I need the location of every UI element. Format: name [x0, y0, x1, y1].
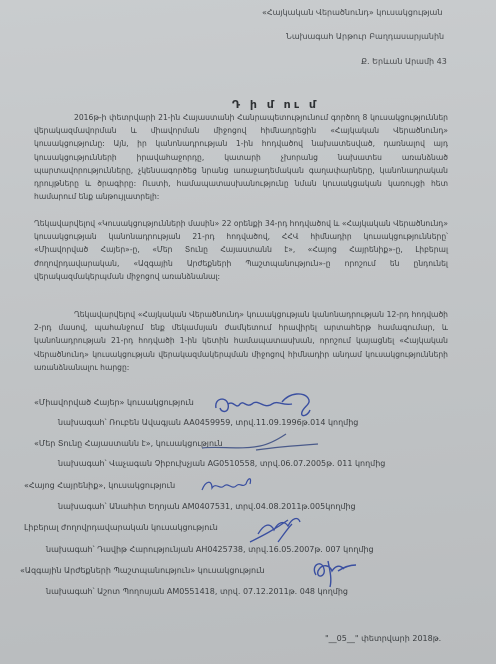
body-paragraph-3: Ղեկավարվելով «Հայկական Վերածնունդ» կուսա… [34, 308, 448, 374]
signatory-party-2: «Մեր Տունը Հայաստանն է», կուսակցություն [34, 439, 223, 448]
signatory-chair-3: նախագահ՝ Անահիտ Եղոյան AM0407531, տրվ.04… [58, 502, 356, 511]
signatory-chair-4: նախագահ՝ Դավիթ Հարությունյան AH0425738, … [46, 545, 374, 554]
addressee-line-1: «Հայկական Վերածնունդ» կուսակցության [262, 8, 442, 17]
signatory-party-1: «Միավորված Հայեր» կուսակցություն [34, 398, 194, 407]
signatory-party-3: «Հայոց Հայրենիք», կուսակցություն [24, 481, 175, 490]
body-paragraph-2: Ղեկավարվելով «Կուսակցությունների մասին» … [34, 217, 448, 283]
signature-5 [308, 555, 358, 589]
signatory-chair-1: նախագահ՝ Ռուբեն Ավագյան AA0459959, տրվ.1… [58, 418, 358, 427]
addressee-line-2: Նախագահ Արթուր Բաղդասարյանին [286, 32, 444, 41]
signatory-party-4: Լիբերալ ժողովրդավարական կուսակցություն [24, 523, 218, 532]
signature-1 [212, 390, 322, 420]
signature-3 [198, 474, 258, 496]
signature-4 [248, 512, 308, 546]
signatory-chair-5: նախագահ՝ Աշոտ Պողոսյան AM0551418, տրվ. 0… [46, 587, 348, 596]
paragraph-3-text: Ղեկավարվելով «Հայկական Վերածնունդ» կուսա… [34, 308, 448, 374]
signature-2 [200, 432, 320, 456]
addressee-line-3: Ք. Երևան Արամի 43 [361, 57, 447, 66]
document-date: "__05__" փետրվարի 2018թ. [325, 634, 441, 643]
body-paragraph-1: 2016թ-ի փետրվարի 21-ին Հայաստանի Հանրապե… [34, 111, 448, 203]
signatory-chair-2: նախագահ՝ Վաչագան Չիբուխչյան AG0510558, տ… [58, 459, 385, 468]
paragraph-2-text: Ղեկավարվելով «Կուսակցությունների մասին» … [34, 217, 448, 283]
signatory-party-5: «Ազգային Արժեքների Պաշտպանություն» կուսա… [20, 566, 265, 575]
document-page: «Հայկական Վերածնունդ» կուսակցության Նախա… [0, 0, 496, 664]
document-title: Դ ի մ ու մ [232, 98, 319, 111]
paragraph-1-text: 2016թ-ի փետրվարի 21-ին Հայաստանի Հանրապե… [34, 111, 448, 203]
